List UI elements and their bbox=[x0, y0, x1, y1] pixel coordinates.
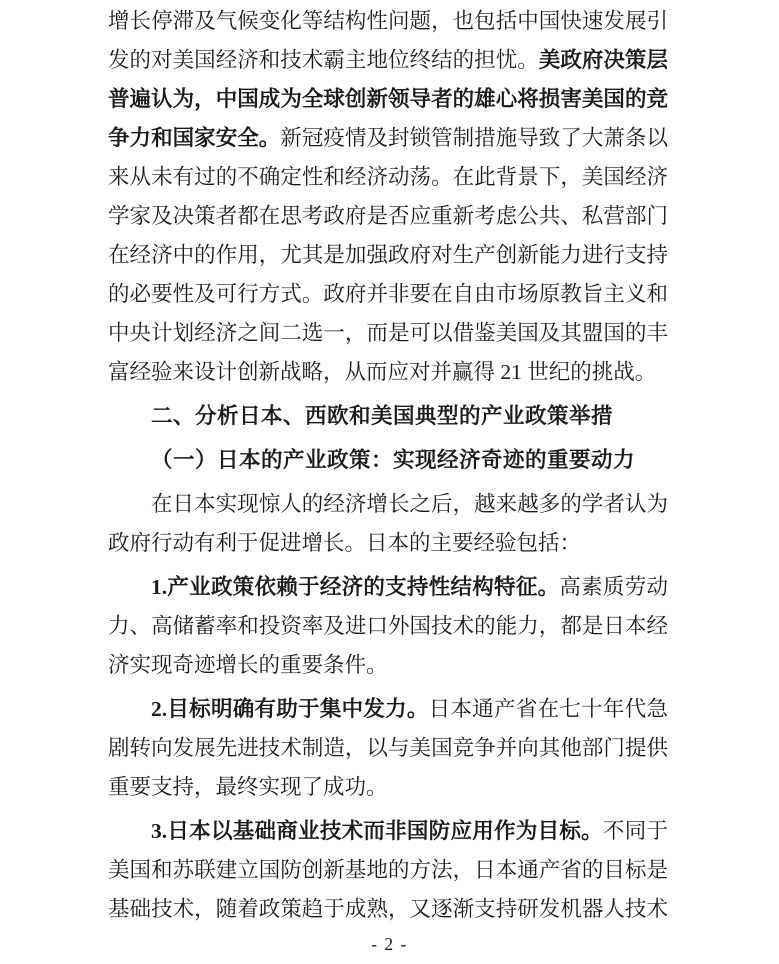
text-segment: 增长停滞及气候变化等结构性问题，也包括中国快速发展引 bbox=[108, 9, 668, 33]
text-segment: 中央计划经济之间二选一，而是可以借鉴美国及其盟国的丰 bbox=[108, 321, 668, 345]
text-line: 学家及决策者都在思考政府是否应重新考虑公共、私营部门 bbox=[108, 197, 668, 236]
bold-text-segment: 争力和国家安全。 bbox=[108, 126, 280, 150]
bold-text-segment: 普遍认为，中国成为全球创新领导者的雄心将损害美国的竞 bbox=[108, 87, 668, 111]
document-lines: 增长停滞及气候变化等结构性问题，也包括中国快速发展引发的对美国经济和技术霸主地位… bbox=[108, 2, 668, 929]
bold-text-segment: （一）日本的产业政策：实现经济奇迹的重要动力 bbox=[151, 448, 635, 472]
section-heading: 二、分析日本、西欧和美国典型的产业政策举措 bbox=[108, 397, 668, 436]
text-line: 2.目标明确有助于集中发力。日本通产省在七十年代急 bbox=[108, 690, 668, 729]
subsection-heading: （一）日本的产业政策：实现经济奇迹的重要动力 bbox=[108, 441, 668, 480]
text-line: 重要支持，最终实现了成功。 bbox=[108, 768, 668, 807]
bold-text-segment: 3.日本以基础商业技术而非国防应用作为目标。 bbox=[151, 819, 603, 843]
text-line: 美国和苏联建立国防创新基地的方法，日本通产省的目标是 bbox=[108, 851, 668, 890]
text-segment: 不同于 bbox=[603, 819, 668, 843]
text-line: 济实现奇迹增长的重要条件。 bbox=[108, 646, 668, 685]
bold-text-segment: 2.目标明确有助于集中发力。 bbox=[151, 697, 429, 721]
text-line: 力、高储蓄率和投资率及进口外国技术的能力，都是日本经 bbox=[108, 607, 668, 646]
text-segment: 日本通产省在七十年代急 bbox=[429, 697, 668, 721]
text-segment: 重要支持，最终实现了成功。 bbox=[108, 775, 388, 799]
bold-text-segment: 二、分析日本、西欧和美国典型的产业政策举措 bbox=[151, 404, 613, 428]
text-line: 在日本实现惊人的经济增长之后，越来越多的学者认为 bbox=[108, 485, 668, 524]
text-line: 中央计划经济之间二选一，而是可以借鉴美国及其盟国的丰 bbox=[108, 314, 668, 353]
text-segment: 发的对美国经济和技术霸主地位终结的担忧。 bbox=[108, 48, 539, 72]
text-segment: 力、高储蓄率和投资率及进口外国技术的能力，都是日本经 bbox=[108, 614, 668, 638]
text-line: 发的对美国经济和技术霸主地位终结的担忧。美政府决策层 bbox=[108, 41, 668, 80]
text-segment: 学家及决策者都在思考政府是否应重新考虑公共、私营部门 bbox=[108, 204, 668, 228]
text-line: 富经验来设计创新战略，从而应对并赢得 21 世纪的挑战。 bbox=[108, 353, 668, 392]
document-page: 增长停滞及气候变化等结构性问题，也包括中国快速发展引发的对美国经济和技术霸主地位… bbox=[0, 0, 779, 964]
text-segment: 的必要性及可行方式。政府并非要在自由市场原教旨主义和 bbox=[108, 282, 668, 306]
page-number-footer: - 2 - bbox=[0, 934, 779, 955]
text-segment: 剧转向发展先进技术制造，以与美国竞争并向其他部门提供 bbox=[108, 736, 668, 760]
text-segment: 新冠疫情及封锁管制措施导致了大萧条以 bbox=[280, 126, 668, 150]
text-segment: 富经验来设计创新战略，从而应对并赢得 21 世纪的挑战。 bbox=[108, 360, 656, 384]
text-line: 1.产业政策依赖于经济的支持性结构特征。高素质劳动 bbox=[108, 568, 668, 607]
text-segment: 基础技术，随着政策趋于成熟，又逐渐支持研发机器人技术 bbox=[108, 897, 668, 921]
text-segment: 来从未有过的不确定性和经济动荡。在此背景下，美国经济 bbox=[108, 165, 668, 189]
text-line: 政府行动有利于促进增长。日本的主要经验包括： bbox=[108, 524, 668, 563]
text-segment: 在日本实现惊人的经济增长之后，越来越多的学者认为 bbox=[151, 492, 668, 516]
text-line: 争力和国家安全。新冠疫情及封锁管制措施导致了大萧条以 bbox=[108, 119, 668, 158]
text-segment: 济实现奇迹增长的重要条件。 bbox=[108, 653, 388, 677]
text-line: 基础技术，随着政策趋于成熟，又逐渐支持研发机器人技术 bbox=[108, 890, 668, 929]
text-segment: 高素质劳动 bbox=[559, 575, 668, 599]
text-line: 的必要性及可行方式。政府并非要在自由市场原教旨主义和 bbox=[108, 275, 668, 314]
text-line: 增长停滞及气候变化等结构性问题，也包括中国快速发展引 bbox=[108, 2, 668, 41]
bold-text-segment: 美政府决策层 bbox=[539, 48, 668, 72]
text-line: 来从未有过的不确定性和经济动荡。在此背景下，美国经济 bbox=[108, 158, 668, 197]
text-line: 在经济中的作用，尤其是加强政府对生产创新能力进行支持 bbox=[108, 236, 668, 275]
text-line: 普遍认为，中国成为全球创新领导者的雄心将损害美国的竞 bbox=[108, 80, 668, 119]
text-segment: 美国和苏联建立国防创新基地的方法，日本通产省的目标是 bbox=[108, 858, 668, 882]
bold-text-segment: 1.产业政策依赖于经济的支持性结构特征。 bbox=[151, 575, 559, 599]
text-line: 剧转向发展先进技术制造，以与美国竞争并向其他部门提供 bbox=[108, 729, 668, 768]
text-line: 3.日本以基础商业技术而非国防应用作为目标。不同于 bbox=[108, 812, 668, 851]
text-segment: 在经济中的作用，尤其是加强政府对生产创新能力进行支持 bbox=[108, 243, 668, 267]
text-segment: 政府行动有利于促进增长。日本的主要经验包括： bbox=[108, 531, 581, 555]
